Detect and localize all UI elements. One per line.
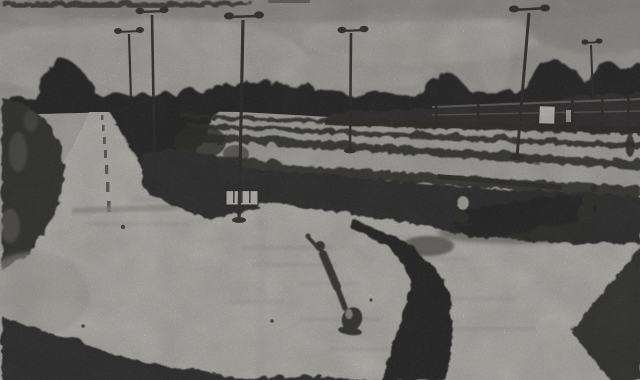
photo-canvas xyxy=(0,0,640,380)
exposure-blotch xyxy=(0,0,640,380)
newspaper-photo xyxy=(0,0,640,380)
